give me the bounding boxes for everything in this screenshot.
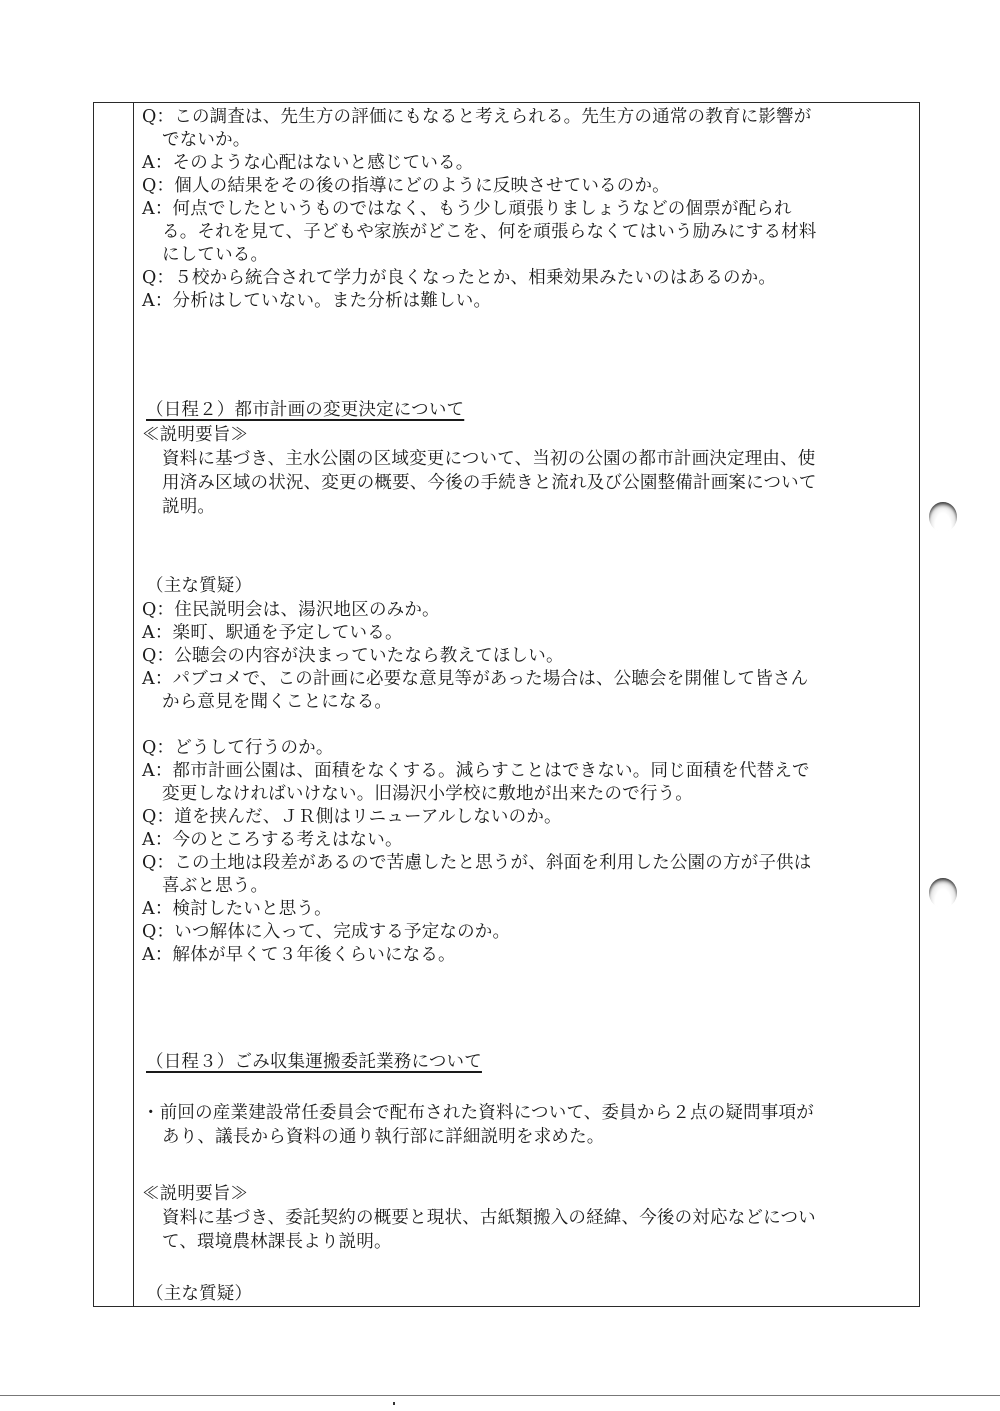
qa-answer-line: A：解体が早くて３年後くらいになる。	[142, 944, 456, 967]
qa-question-line: Q：この土地は段差があるので苦慮したと思うが、斜面を利用した公園の方が子供は	[142, 852, 811, 875]
binder-hole-icon	[929, 878, 957, 908]
qa-answer-line: A：パブコメで、この計画に必要な意見等があった場合は、公聴会を開催して皆さん	[142, 668, 808, 691]
summary-text-line: て、環境農林課長より説明。	[142, 1231, 392, 1254]
qa-answer-line: A：そのような心配はないと感じている。	[142, 152, 473, 175]
qa-question-line: Q：いつ解体に入って、完成する予定なのか。	[142, 921, 510, 944]
section-heading-agenda-2: （日程２）都市計画の変更決定について	[142, 399, 464, 422]
qa-answer-continuation: る。それを見て、子どもや家族がどこを、何を頑張らなくてはいう励みにする材料	[142, 221, 817, 244]
summary-text-line: 説明。	[142, 496, 215, 519]
qa-section-label: （主な質疑）	[142, 575, 252, 598]
minutes-table-frame: Q：この調査は、先生方の評価にもなると考えられる。先生方の通常の教育に影響が で…	[93, 102, 920, 1307]
binder-hole-icon	[929, 502, 957, 532]
summary-text-line: 資料に基づき、主水公園の区域変更について、当初の公園の都市計画決定理由、使	[142, 448, 816, 471]
scan-speck	[393, 1402, 395, 1405]
qa-answer-line: A：楽町、駅通を予定している。	[142, 622, 403, 645]
page-bottom-rule	[0, 1395, 1000, 1396]
qa-question-continuation: 喜ぶと思う。	[142, 875, 268, 898]
qa-answer-line: A：分析はしていない。また分析は難しい。	[142, 290, 491, 313]
summary-text-line: 用済み区域の状況、変更の概要、今後の手続きと流れ及び公園整備計画案について	[142, 472, 817, 495]
section-heading-agenda-3: （日程３）ごみ収集運搬委託業務について	[142, 1051, 482, 1074]
qa-question-line: Q：どうして行うのか。	[142, 737, 334, 760]
summary-label: ≪説明要旨≫	[142, 424, 248, 447]
qa-answer-continuation: 変更しなければいけない。旧湯沢小学校に敷地が出来たので行う。	[142, 783, 693, 806]
qa-answer-line: A：何点でしたというものではなく、もう少し頑張りましょうなどの個票が配られ	[142, 198, 792, 221]
bullet-text-line: ・前回の産業建設常任委員会で配布された資料について、委員から２点の疑問事項が	[142, 1102, 814, 1125]
qa-answer-continuation: にしている。	[142, 244, 268, 267]
bullet-text-continuation: あり、議長から資料の通り執行部に詳細説明を求めた。	[142, 1126, 605, 1149]
summary-label: ≪説明要旨≫	[142, 1183, 248, 1206]
qa-answer-continuation: から意見を聞くことになる。	[142, 691, 392, 714]
qa-answer-line: A：都市計画公園は、面積をなくする。減らすことはできない。同じ面積を代替えで	[142, 760, 810, 783]
item-label-column	[94, 103, 134, 1306]
qa-answer-line: A：今のところする考えはない。	[142, 829, 403, 852]
qa-question-line: Q：道を挟んだ、ＪＲ側はリニューアルしないのか。	[142, 806, 562, 829]
qa-question-line: Q：この調査は、先生方の評価にもなると考えられる。先生方の通常の教育に影響が	[142, 106, 811, 129]
qa-question-continuation: でないか。	[142, 129, 251, 152]
qa-question-line: Q：公聴会の内容が決まっていたなら教えてほしい。	[142, 645, 564, 668]
qa-question-line: Q：５校から統合されて学力が良くなったとか、相乗効果みたいのはあるのか。	[142, 267, 776, 290]
qa-answer-line: A：検討したいと思う。	[142, 898, 332, 921]
qa-question-line: Q：住民説明会は、湯沢地区のみか。	[142, 599, 440, 622]
qa-section-label: （主な質疑）	[142, 1283, 252, 1306]
summary-text-line: 資料に基づき、委託契約の概要と現状、古紙類搬入の経緯、今後の対応などについ	[142, 1207, 816, 1230]
qa-question-line: Q：個人の結果をその後の指導にどのように反映させているのか。	[142, 175, 670, 198]
